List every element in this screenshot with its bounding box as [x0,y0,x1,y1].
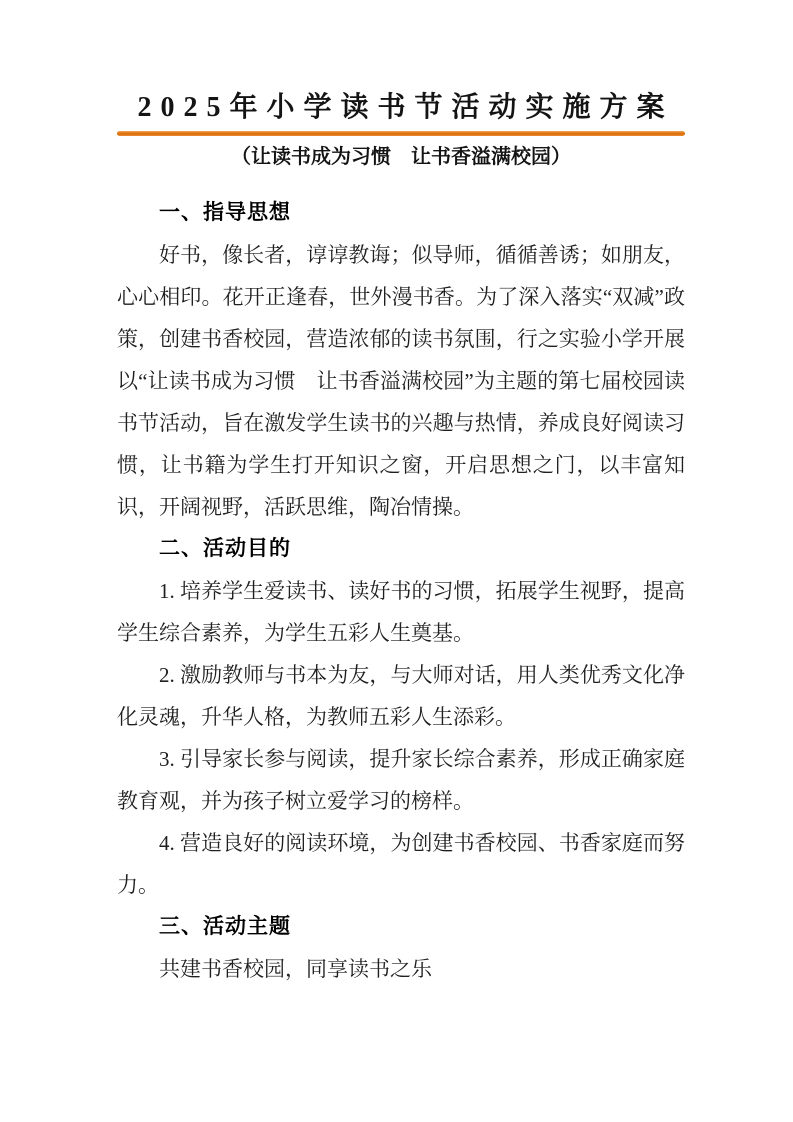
section-heading-activity-purpose: 二、活动目的 [117,528,685,570]
paragraph-guiding-ideology: 好书，像长者，谆谆教诲；似导师，循循善诱；如朋友，心心相印。花开正逢春，世外漫书… [117,234,685,528]
document-subtitle: （让读书成为习惯 让书香溢满校园） [117,136,685,178]
document-title: 2025年小学读书节活动实施方案 [117,88,685,128]
document-content: 2025年小学读书节活动实施方案 （让读书成为习惯 让书香溢满校园） 一、指导思… [117,88,685,990]
section-heading-activity-theme: 三、活动主题 [117,906,685,948]
purpose-item-1: 1. 培养学生爱读书、读好书的习惯，拓展学生视野，提高学生综合素养，为学生五彩人… [117,570,685,654]
purpose-item-3: 3. 引导家长参与阅读，提升家长综合素养，形成正确家庭教育观，并为孩子树立爱学习… [117,738,685,822]
section-heading-guiding-ideology: 一、指导思想 [117,192,685,234]
purpose-item-2: 2. 激励教师与书本为友，与大师对话，用人类优秀文化净化灵魂，升华人格，为教师五… [117,654,685,738]
purpose-item-4: 4. 营造良好的阅读环境，为创建书香校园、书香家庭而努力。 [117,822,685,906]
document-page: 2025年小学读书节活动实施方案 （让读书成为习惯 让书香溢满校园） 一、指导思… [0,0,793,1122]
paragraph-activity-theme: 共建书香校园，同享读书之乐 [117,948,685,990]
